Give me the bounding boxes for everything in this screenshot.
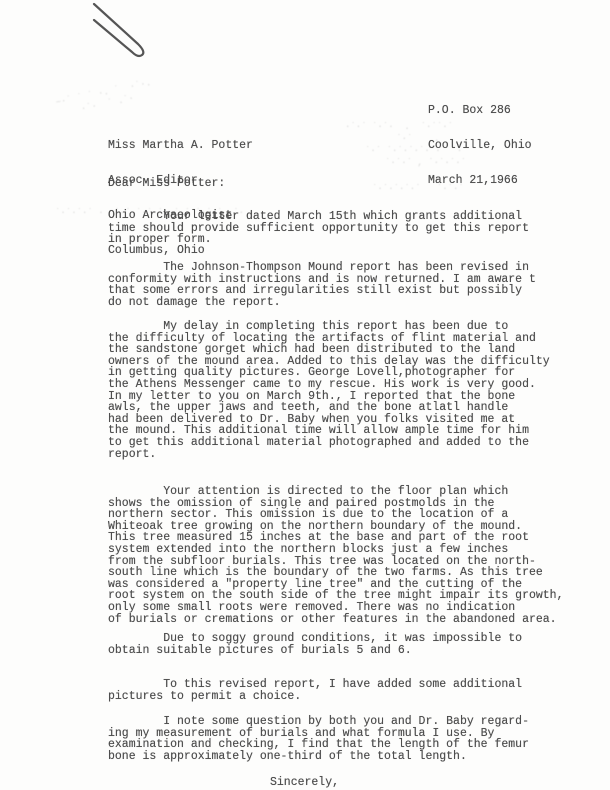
paragraph-line: bone is approximately one-third of the t… <box>108 751 578 763</box>
paragraph-line: My delay in completing this report has b… <box>108 321 578 333</box>
paragraph-line: Your letter dated March 15th which grant… <box>108 211 578 223</box>
body-paragraph: To this revised report, I have added som… <box>108 679 578 702</box>
body-paragraph: Due to soggy ground conditions, it was i… <box>108 633 578 656</box>
paragraph-line: Your attention is directed to the floor … <box>108 486 578 498</box>
paragraph-line: system extended into the northern blocks… <box>108 544 578 556</box>
return-address-line: P.O. Box 286 <box>428 105 532 117</box>
paragraph-line: in proper form. <box>108 234 578 246</box>
paragraph-line: only some small roots were removed. Ther… <box>108 602 578 614</box>
paperclip-icon <box>88 0 158 60</box>
paragraph-line: to get this additional material photogra… <box>108 437 578 449</box>
body-paragraph: The Johnson-Thompson Mound report has be… <box>108 262 578 308</box>
body-paragraph: Your letter dated March 15th which grant… <box>108 211 578 246</box>
body-paragraph: My delay in completing this report has b… <box>108 321 578 460</box>
paragraph-line: of burials or cremations or other featur… <box>108 614 578 626</box>
paragraph-line: I note some question by both you and Dr.… <box>108 716 578 728</box>
paragraph-line: obtain suitable pictures of burials 5 an… <box>108 645 578 657</box>
date-line: March 21,1966 <box>428 175 532 187</box>
recipient-name: Miss Martha A. Potter <box>108 140 253 152</box>
recipient-address: Miss Martha A. Potter Assoc. Editor Ohio… <box>108 117 253 279</box>
paragraph-line: the Athens Messenger came to my rescue. … <box>108 379 578 391</box>
recipient-city: Columbus, Ohio <box>108 245 253 257</box>
paragraph-line: The Johnson-Thompson Mound report has be… <box>108 262 578 274</box>
paragraph-line: do not damage the report. <box>108 297 578 309</box>
paragraph-line: To this revised report, I have added som… <box>108 679 578 691</box>
paragraph-line: Due to soggy ground conditions, it was i… <box>108 633 578 645</box>
body-paragraph: I note some question by both you and Dr.… <box>108 716 578 762</box>
return-address-line: Coolville, Ohio <box>428 140 532 152</box>
salutation: Dear Miss Potter: <box>108 178 225 190</box>
paragraph-line: south line which is the boundary of the … <box>108 567 578 579</box>
paragraph-line: report. <box>108 449 578 461</box>
body-paragraph: Your attention is directed to the floor … <box>108 486 578 625</box>
paragraph-line: awls, the upper jaws and teeth, and the … <box>108 402 578 414</box>
letter-page: ~·˙ ˙ ˙ ·. ˙ ·˙·. ·˙· ˙ .˙· ·˙·˙ ˙·˙· . … <box>0 0 610 790</box>
closing: Sincerely, <box>270 777 339 789</box>
paragraph-line: pictures to permit a choice. <box>108 691 578 703</box>
return-address: P.O. Box 286 Coolville, Ohio March 21,19… <box>428 82 532 210</box>
